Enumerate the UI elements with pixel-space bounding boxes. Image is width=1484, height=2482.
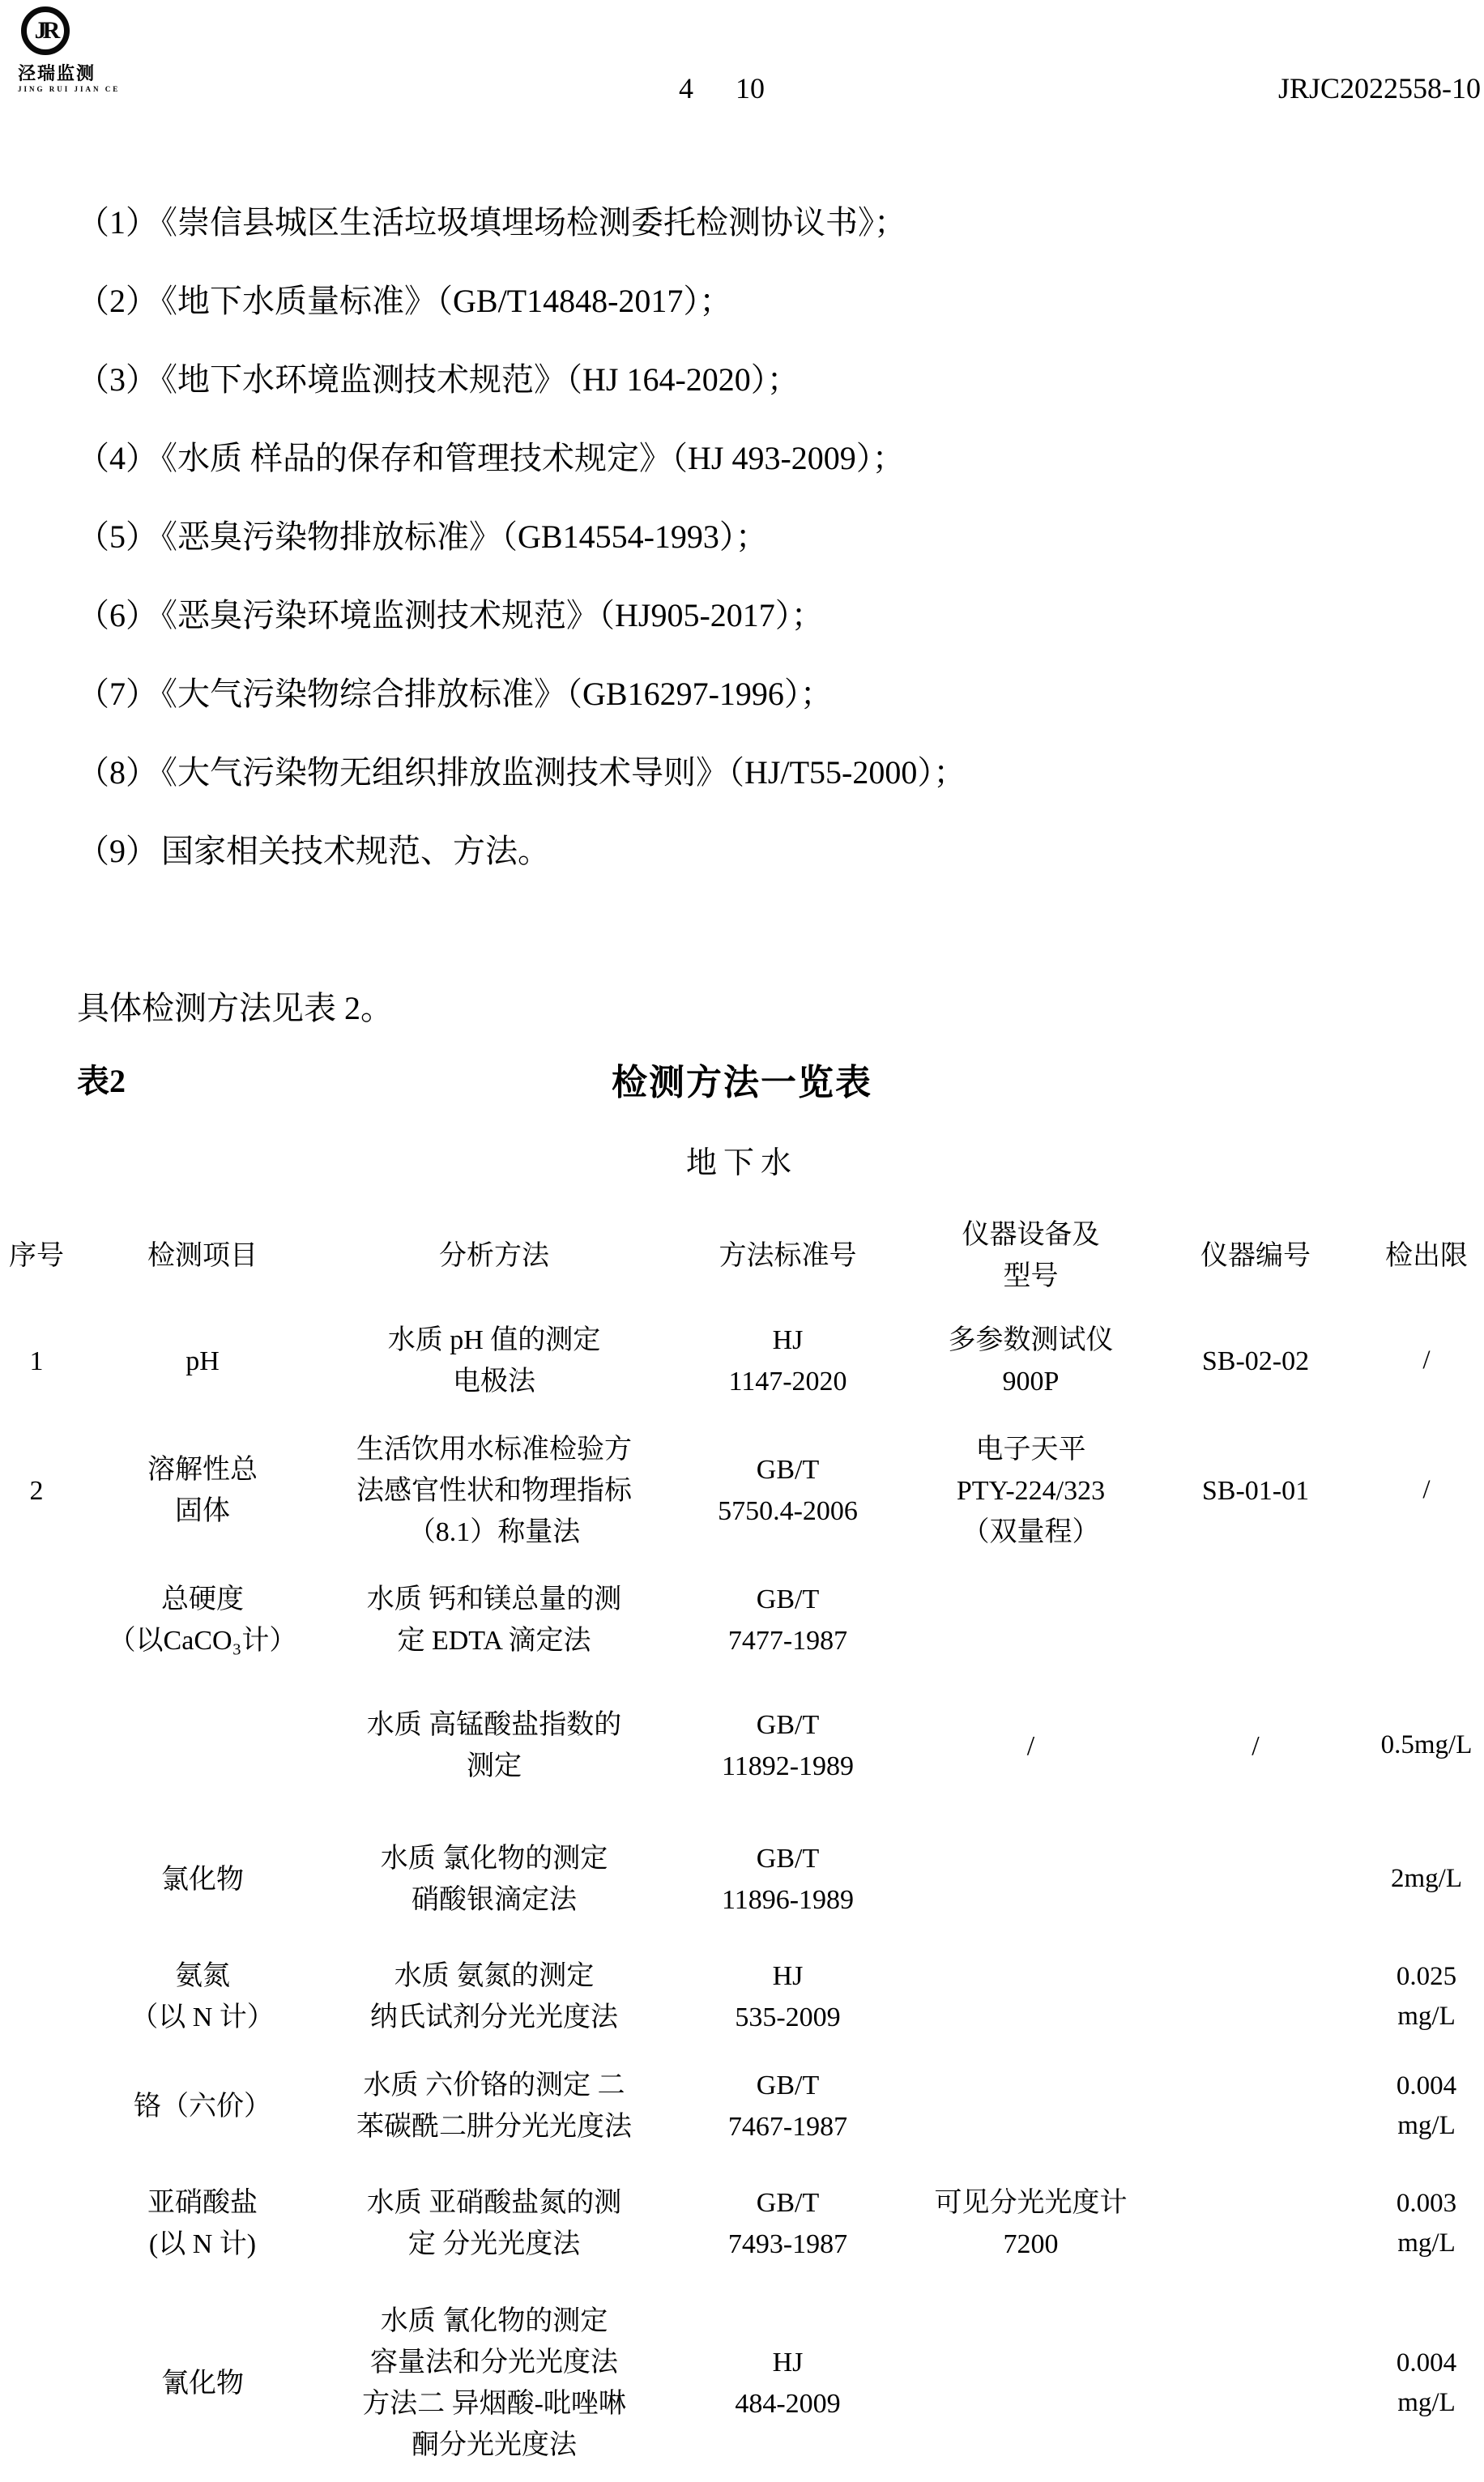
cell-standard: HJ 1147-2020 <box>656 1304 919 1418</box>
cell-instrument <box>919 1815 1142 1944</box>
reference-item: （1）《崇信县城区生活垃圾填埋场检测委托检测协议书》； <box>77 205 1452 284</box>
cell-limit: / <box>1369 1304 1484 1418</box>
methods-table: 序号 检测项目 分析方法 方法标准号 仪器设备及 型号 仪器编号 检出限 1 p… <box>0 1207 1484 2482</box>
cell-limit: 0.004 mg/L <box>1369 2284 1484 2482</box>
cell-limit: / <box>1369 1418 1484 1563</box>
cell-method: 水质 亚硝酸盐氮的测 定 分光光度法 <box>332 2163 656 2284</box>
cell-no <box>0 1944 73 2049</box>
reference-item-number: （5） <box>77 518 158 555</box>
cell-limit: 0.025 mg/L <box>1369 1944 1484 2049</box>
page-number-total: 10 <box>736 71 765 105</box>
cell-standard: GB/T 7493-1987 <box>656 2163 919 2284</box>
cell-method: 水质 氰化物的测定 容量法和分光光度法 方法二 异烟酸-吡唑啉 酮分光光度法 <box>332 2284 656 2482</box>
cell-limit: 2mg/L <box>1369 1815 1484 1944</box>
reference-item-text: 《恶臭污染物排放标准》（GB14554-1993）； <box>161 518 768 555</box>
cell-item: pH <box>73 1304 332 1418</box>
cell-instrument: 可见分光光度计 7200 <box>919 2163 1142 2284</box>
cell-instrument-no: / <box>1142 1677 1369 1815</box>
logo-monogram: JR <box>35 17 57 45</box>
cell-instrument-no <box>1142 2284 1369 2482</box>
cell-instrument: / <box>919 1677 1142 1815</box>
logo-circle-r-icon: JR <box>21 6 70 55</box>
cell-no: 2 <box>0 1418 73 1563</box>
col-header-instrument-no: 仪器编号 <box>1142 1207 1369 1304</box>
cell-instrument-no <box>1142 2163 1369 2284</box>
reference-item: （8）《大气污染物无组织排放监测技术导则》（HJ/T55-2000）； <box>77 755 1452 834</box>
cell-item: 氯化物 <box>73 1815 332 1944</box>
reference-item-text: 《水质 样品的保存和管理技术规定》（HJ 493-2009）； <box>161 440 905 476</box>
intro-paragraph: 具体检测方法见表 2。 <box>77 983 393 1029</box>
cell-instrument-no: SB-01-01 <box>1142 1418 1369 1563</box>
cell-item: 铬（六价） <box>73 2049 332 2163</box>
col-header-limit: 检出限 <box>1369 1207 1484 1304</box>
cell-no <box>0 1677 73 1815</box>
cell-item: 氨氮 （以 N 计） <box>73 1944 332 2049</box>
cell-standard: GB/T 7467-1987 <box>656 2049 919 2163</box>
cell-instrument <box>919 1563 1142 1677</box>
cell-no: 1 <box>0 1304 73 1418</box>
cell-no <box>0 2163 73 2284</box>
reference-item-text: 国家相关技术规范、方法。 <box>161 833 550 869</box>
reference-item-number: （8） <box>77 754 158 791</box>
cell-instrument-no <box>1142 1944 1369 2049</box>
cell-item: 总硬度 （以CaCO₃计） <box>73 1563 332 1677</box>
page-number-current: 4 <box>679 71 693 105</box>
cell-instrument <box>919 2284 1142 2482</box>
reference-item-text: 《崇信县城区生活垃圾填埋场检测委托检测协议书》； <box>161 204 906 241</box>
reference-item: （2）《地下水质量标准》（GB/T14848-2017）； <box>77 284 1452 362</box>
reference-item: （4）《水质 样品的保存和管理技术规定》（HJ 493-2009）； <box>77 441 1452 519</box>
reference-item: （7）《大气污染物综合排放标准》（GB16297-1996）； <box>77 676 1452 755</box>
cell-method: 水质 pH 值的测定 电极法 <box>332 1304 656 1418</box>
cell-no <box>0 1815 73 1944</box>
cell-instrument <box>919 1944 1142 2049</box>
logo-pinyin: JING RUI JIAN CE <box>18 85 156 93</box>
logo-name: 泾瑞监测 <box>18 60 156 85</box>
cell-method: 水质 氨氮的测定 纳氏试剂分光光度法 <box>332 1944 656 2049</box>
reference-item-number: （9） <box>77 833 158 869</box>
cell-instrument-no <box>1142 1815 1369 1944</box>
reference-item: （9）国家相关技术规范、方法。 <box>77 834 1452 912</box>
cell-no <box>0 2284 73 2482</box>
reference-item-number: （7） <box>77 676 158 712</box>
cell-method: 水质 高锰酸盐指数的 测定 <box>332 1677 656 1815</box>
cell-instrument-no: SB-02-02 <box>1142 1304 1369 1418</box>
cell-item: 氰化物 <box>73 2284 332 2482</box>
cell-method: 生活饮用水标准检验方 法感官性状和物理指标 （8.1）称量法 <box>332 1418 656 1563</box>
cell-no <box>0 2049 73 2163</box>
reference-item-text: 《恶臭污染环境监测技术规范》（HJ905-2017）； <box>161 597 824 633</box>
cell-instrument: 多参数测试仪 900P <box>919 1304 1142 1418</box>
cell-limit <box>1369 1563 1484 1677</box>
cell-standard: GB/T 11896-1989 <box>656 1815 919 1944</box>
cell-limit: 0.004 mg/L <box>1369 2049 1484 2163</box>
cell-method: 水质 六价铬的测定 二 苯碳酰二肼分光光度法 <box>332 2049 656 2163</box>
reference-item-text: 《地下水质量标准》（GB/T14848-2017）； <box>161 283 731 319</box>
reference-item-number: （2） <box>77 283 158 319</box>
reference-item-number: （1） <box>77 204 158 241</box>
cell-instrument-no <box>1142 2049 1369 2163</box>
reference-item-text: 《大气污染物无组织排放监测技术导则》（HJ/T55-2000）； <box>161 754 966 791</box>
col-header-method: 分析方法 <box>332 1207 656 1304</box>
col-header-instrument: 仪器设备及 型号 <box>919 1207 1142 1304</box>
document-number: JRJC2022558-10 <box>1278 71 1481 105</box>
reference-item-number: （3） <box>77 361 158 398</box>
cell-method: 水质 钙和镁总量的测 定 EDTA 滴定法 <box>332 1563 656 1677</box>
cell-limit: 0.5mg/L <box>1369 1677 1484 1815</box>
document-page: JR 泾瑞监测 JING RUI JIAN CE 4 10 JRJC202255… <box>0 0 1484 2482</box>
reference-item-text: 《大气污染物综合排放标准》（GB16297-1996）； <box>161 676 833 712</box>
col-header-no: 序号 <box>0 1207 73 1304</box>
reference-item: （3）《地下水环境监测技术规范》（HJ 164-2020）； <box>77 362 1452 441</box>
reference-item: （5）《恶臭污染物排放标准》（GB14554-1993）； <box>77 519 1452 598</box>
cell-item: 溶解性总 固体 <box>73 1418 332 1563</box>
cell-instrument <box>919 2049 1142 2163</box>
cell-standard: GB/T 11892-1989 <box>656 1677 919 1815</box>
cell-instrument: 电子天平 PTY-224/323 （双量程） <box>919 1418 1142 1563</box>
cell-method: 水质 氯化物的测定 硝酸银滴定法 <box>332 1815 656 1944</box>
col-header-item: 检测项目 <box>73 1207 332 1304</box>
reference-list: （1）《崇信县城区生活垃圾填埋场检测委托检测协议书》； （2）《地下水质量标准》… <box>77 205 1452 912</box>
cell-no <box>0 1563 73 1677</box>
col-header-standard: 方法标准号 <box>656 1207 919 1304</box>
cell-standard: GB/T 5750.4-2006 <box>656 1418 919 1563</box>
table-subtitle: 地下水 <box>0 1137 1484 1182</box>
cell-standard: HJ 484-2009 <box>656 2284 919 2482</box>
reference-item: （6）《恶臭污染环境监测技术规范》（HJ905-2017）； <box>77 598 1452 676</box>
table-title: 检测方法一览表 <box>0 1053 1484 1105</box>
reference-item-text: 《地下水环境监测技术规范》（HJ 164-2020）； <box>161 361 800 398</box>
cell-item: 亚硝酸盐 (以 N 计) <box>73 2163 332 2284</box>
cell-instrument-no <box>1142 1563 1369 1677</box>
cell-standard: HJ 535-2009 <box>656 1944 919 2049</box>
cell-item <box>73 1677 332 1815</box>
reference-item-number: （4） <box>77 440 158 476</box>
company-logo: JR 泾瑞监测 JING RUI JIAN CE <box>18 6 156 93</box>
reference-item-number: （6） <box>77 597 158 633</box>
cell-limit: 0.003 mg/L <box>1369 2163 1484 2284</box>
cell-standard: GB/T 7477-1987 <box>656 1563 919 1677</box>
